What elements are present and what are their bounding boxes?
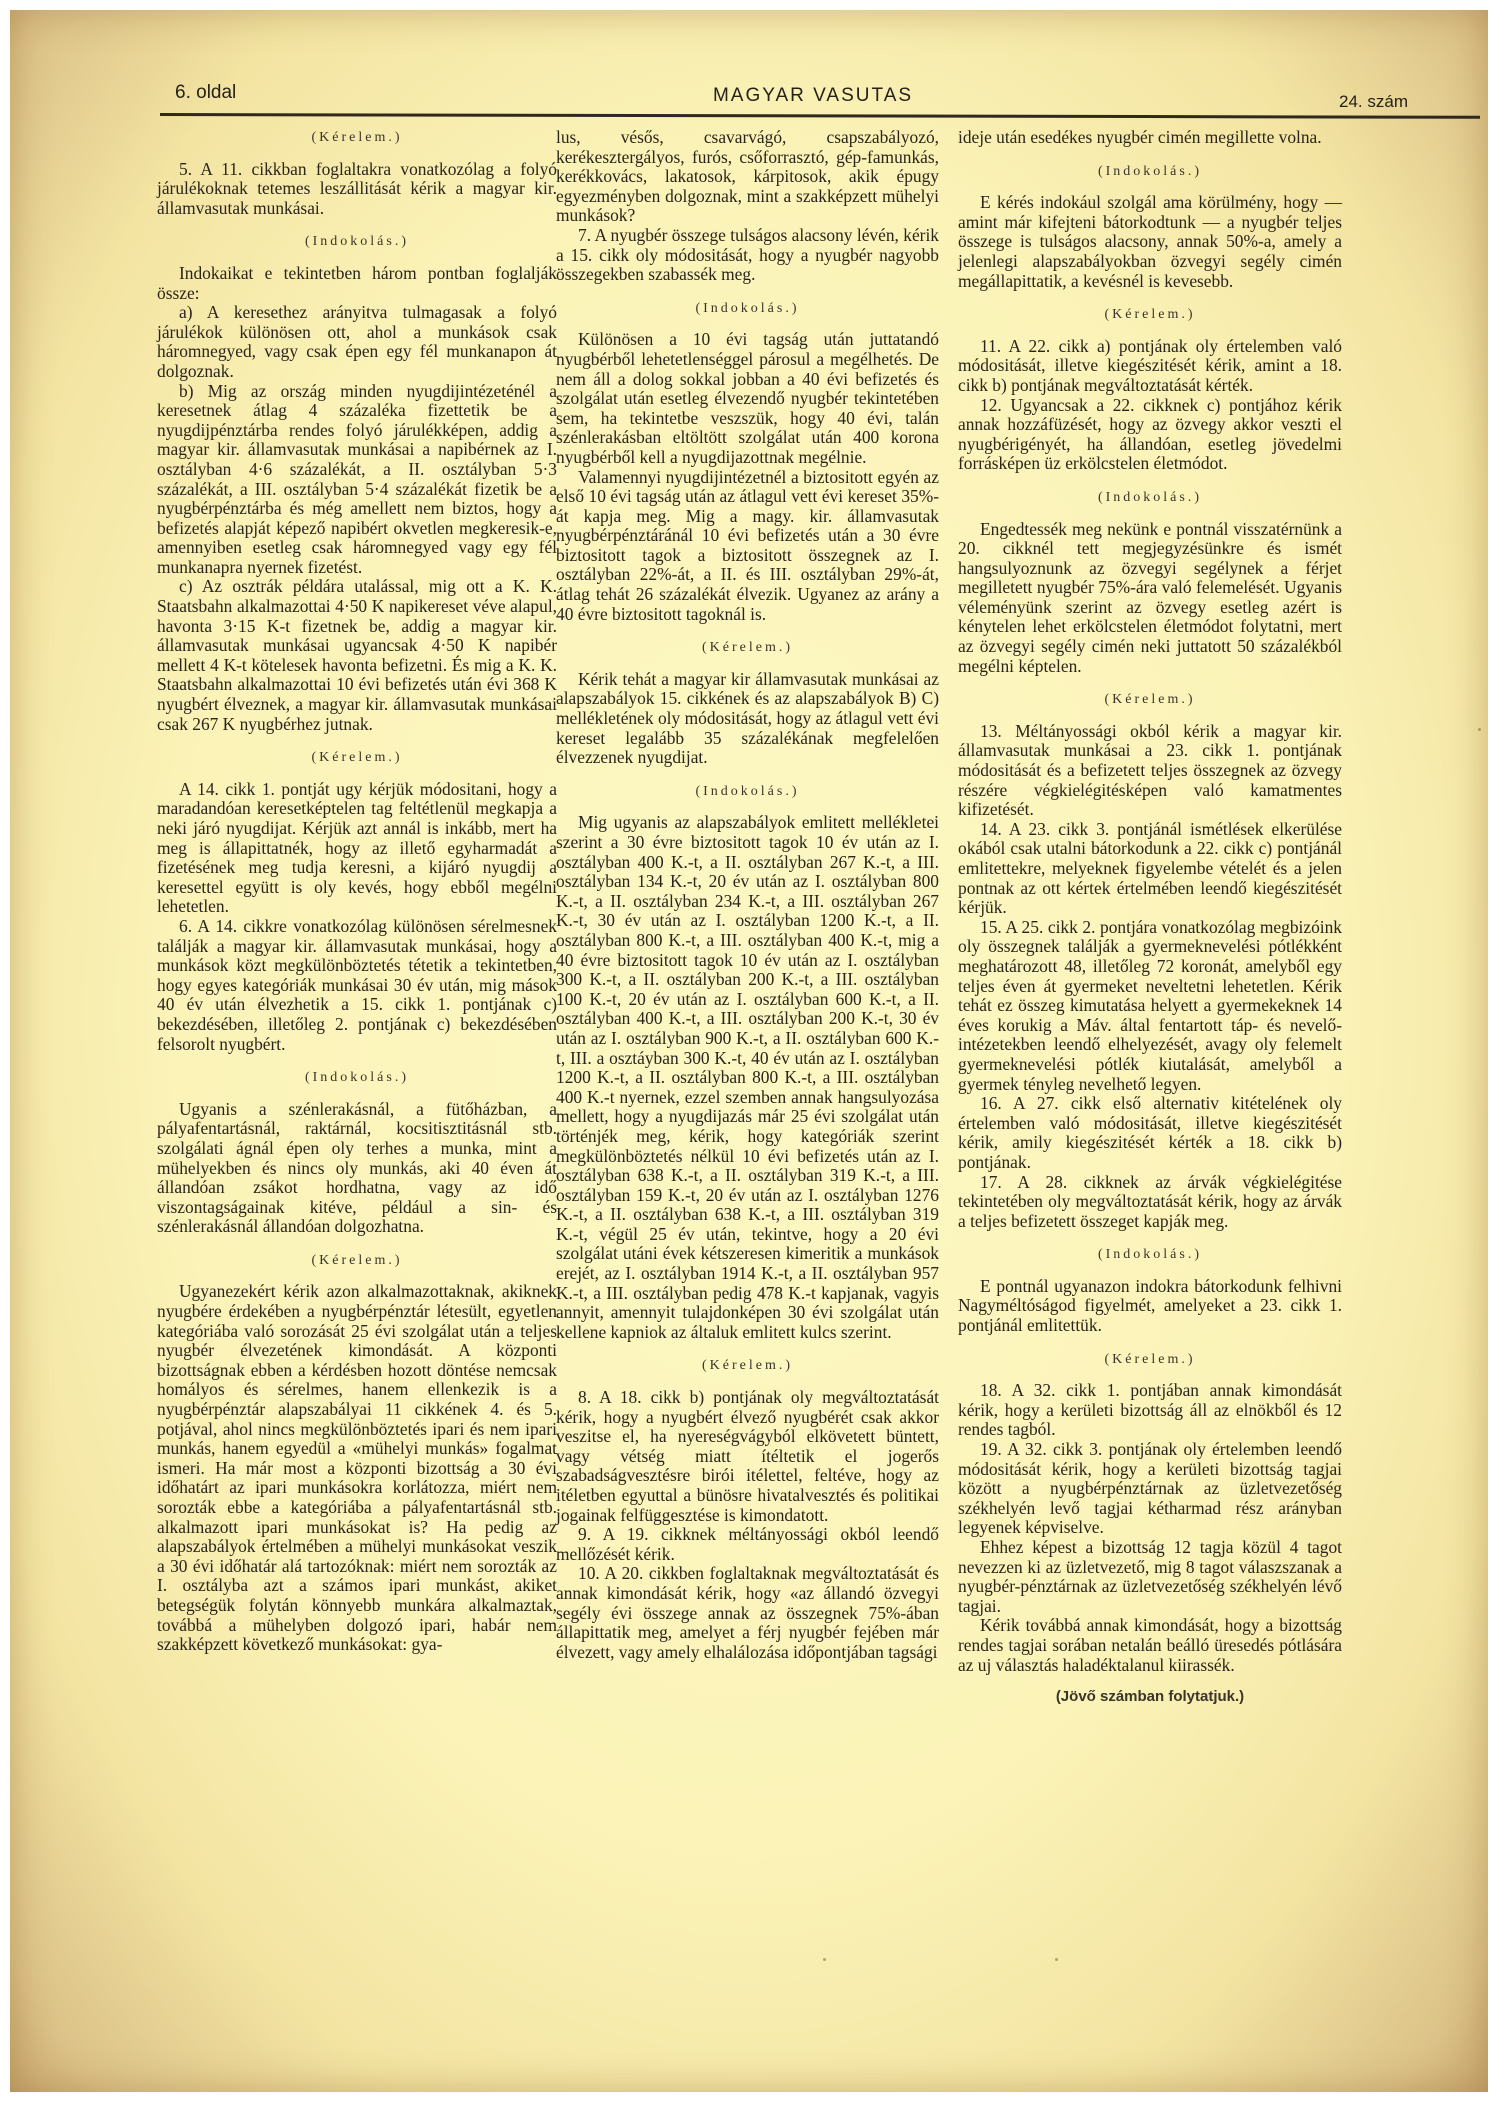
section-heading: (Indokolás.) bbox=[958, 488, 1342, 508]
paper-speck bbox=[1055, 1958, 1058, 1961]
paragraph: Ugyanis a szénlerakásnál, a fütőházban, … bbox=[157, 1100, 557, 1237]
section-heading: (Kérelem.) bbox=[958, 305, 1342, 325]
section-heading: (Kérelem.) bbox=[556, 1356, 939, 1376]
paragraph: a) A keresethez arányitva tulmagasak a f… bbox=[157, 303, 557, 381]
column-middle: lus, vésős, csavarvágó, csapszabályozó, … bbox=[556, 128, 939, 1662]
section-heading: (Kérelem.) bbox=[556, 638, 939, 658]
section-heading: (Kérelem.) bbox=[157, 748, 557, 768]
paragraph-continued: ideje után esedékes nyugbér cimén megill… bbox=[958, 128, 1342, 148]
paragraph: Kérik tehát a magyar kir államvasutak mu… bbox=[556, 670, 939, 768]
paragraph: 10. A 20. cikkben foglaltaknak megváltoz… bbox=[556, 1564, 939, 1662]
paragraph: 9. A 19. cikknek méltányossági okból lee… bbox=[556, 1525, 939, 1564]
continuation-note: (Jövő számban folytatjuk.) bbox=[958, 1687, 1342, 1707]
paragraph: 15. A 25. cikk 2. pontjára vonatkozólag … bbox=[958, 918, 1342, 1094]
section-heading: (Kérelem.) bbox=[157, 128, 557, 148]
section-heading: (Indokolás.) bbox=[958, 1245, 1342, 1265]
paragraph: 18. A 32. cikk 1. pontjában annak kimond… bbox=[958, 1381, 1342, 1440]
paragraph: 6. A 14. cikkre vonatkozólag különösen s… bbox=[157, 917, 557, 1054]
publication-title: MAGYAR VASUTAS bbox=[163, 85, 1463, 107]
paragraph: 19. A 32. cikk 3. pontjának oly értelemb… bbox=[958, 1440, 1342, 1538]
column-left: (Kérelem.)5. A 11. cikkban foglaltakra v… bbox=[157, 128, 557, 1655]
paragraph: Engedtessék meg nekünk e pontnál visszat… bbox=[958, 520, 1342, 677]
paragraph: 7. A nyugbér összege tulságos alacsony l… bbox=[556, 226, 939, 285]
section-heading: (Indokolás.) bbox=[157, 1068, 557, 1088]
section-heading: (Kérelem.) bbox=[958, 1350, 1342, 1370]
paragraph: E kérés indokául szolgál ama körülmény, … bbox=[958, 193, 1342, 291]
paper-speck bbox=[823, 1958, 826, 1961]
paragraph: 11. A 22. cikk a) pontjának oly értelemb… bbox=[958, 337, 1342, 396]
paragraph: Kérik továbbá annak kimondását, hogy a b… bbox=[958, 1616, 1342, 1675]
paragraph: 13. Méltányossági okból kérik a magyar k… bbox=[958, 722, 1342, 820]
section-heading: (Indokolás.) bbox=[958, 162, 1342, 182]
paragraph: 5. A 11. cikkban foglaltakra vonatkozóla… bbox=[157, 160, 557, 219]
issue-number: 24. szám bbox=[1339, 92, 1408, 112]
paragraph: 17. A 28. cikknek az árvák végkielégités… bbox=[958, 1173, 1342, 1232]
section-heading: (Kérelem.) bbox=[958, 690, 1342, 710]
paragraph: Ehhez képest a bizottság 12 tagja közül … bbox=[958, 1538, 1342, 1616]
section-heading: (Indokolás.) bbox=[157, 232, 557, 252]
paragraph: E pontnál ugyanazon indokra bátorkodunk … bbox=[958, 1277, 1342, 1336]
paragraph: Indokaikat e tekintetben három pontban f… bbox=[157, 264, 557, 303]
paragraph: Valamennyi nyugdijintézetnél a biztosito… bbox=[556, 468, 939, 625]
paragraph-continued: lus, vésős, csavarvágó, csapszabályozó, … bbox=[556, 128, 939, 226]
column-right: ideje után esedékes nyugbér cimén megill… bbox=[958, 128, 1342, 1707]
paragraph: Ugyanezekért kérik azon alkalmazottaknak… bbox=[157, 1282, 557, 1654]
page-header: 6. oldal MAGYAR VASUTAS 24. szám bbox=[163, 78, 1463, 108]
section-heading: (Kérelem.) bbox=[157, 1251, 557, 1271]
paragraph: b) Mig az ország minden nyugdijintézetén… bbox=[157, 382, 557, 578]
paragraph: c) Az osztrák példára utalással, mig ott… bbox=[157, 577, 557, 734]
paragraph: Különösen a 10 évi tagság után juttatand… bbox=[556, 330, 939, 467]
paragraph: Mig ugyanis az alapszabályok emlitett me… bbox=[556, 813, 939, 1342]
section-heading: (Indokolás.) bbox=[556, 782, 939, 802]
paragraph: 8. A 18. cikk b) pontjának oly megváltoz… bbox=[556, 1388, 939, 1525]
paragraph: A 14. cikk 1. pontját ugy kérjük módosit… bbox=[157, 780, 557, 917]
paper-speck bbox=[1478, 728, 1481, 731]
paragraph: 16. A 27. cikk első alternativ kitételén… bbox=[958, 1094, 1342, 1172]
section-heading: (Indokolás.) bbox=[556, 299, 939, 319]
paragraph: 12. Ugyancsak a 22. cikknek c) pontjához… bbox=[958, 396, 1342, 474]
paragraph: 14. A 23. cikk 3. pontjánál ismétlések e… bbox=[958, 820, 1342, 918]
